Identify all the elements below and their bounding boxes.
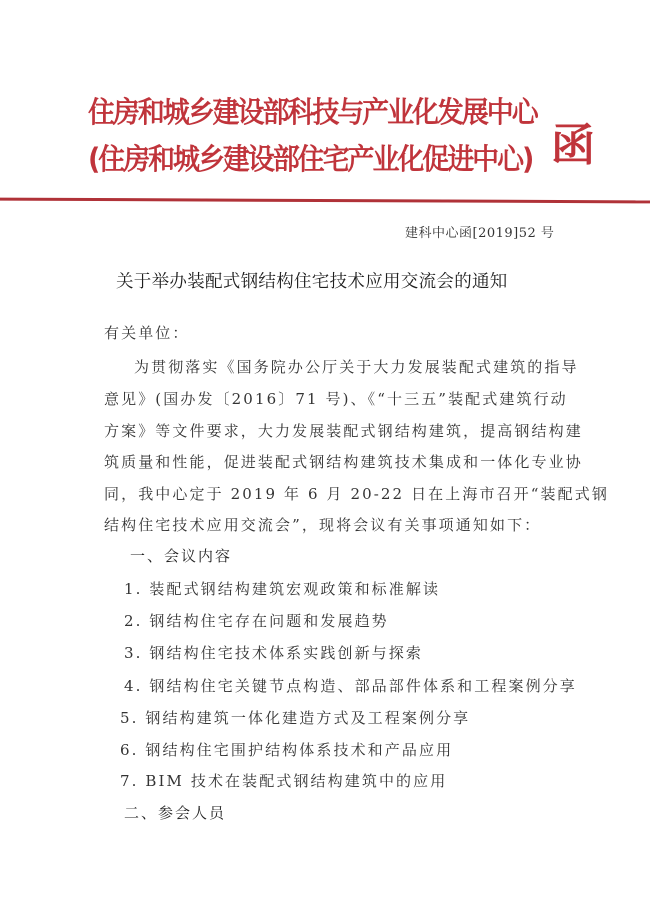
letterhead-line-1: 住房和城乡建设部科技与产业化发展中心: [88, 94, 537, 130]
document-number: 建科中心函[2019]52 号: [405, 222, 554, 241]
list-item: 5. 钢结构建筑一体化建造方式及工程案例分享: [120, 707, 470, 728]
intro-line: 结构住宅技术应用交流会”，现将会议有关事项通知如下：: [104, 514, 541, 535]
section-heading: 一、会议内容: [130, 545, 232, 566]
section-heading: 二、参会人员: [124, 802, 226, 823]
list-item: 7. BIM 技术在装配式钢结构建筑中的应用: [120, 770, 447, 791]
intro-line: 为贯彻落实《国务院办公厅关于大力发展装配式建筑的指导: [134, 356, 579, 377]
letter-type-char: 函: [551, 121, 595, 171]
list-item: 2. 钢结构住宅存在问题和发展趋势: [124, 610, 389, 631]
intro-line: 意见》(国办发〔2016〕71 号)、《“十三五”装配式建筑行动: [104, 388, 568, 409]
intro-line: 筑质量和性能，促进装配式钢结构建筑技术集成和一体化专业协: [104, 451, 583, 472]
list-item: 1. 装配式钢结构建筑宏观政策和标准解读: [124, 578, 440, 599]
document-title: 关于举办装配式钢结构住宅技术应用交流会的通知: [116, 268, 508, 293]
letterhead-line-2: (住房和城乡建设部住宅产业化促进中心): [88, 141, 532, 177]
intro-line: 同，我中心定于 2019 年 6 月 20-22 日在上海市召开“装配式钢: [104, 483, 609, 504]
letterhead-divider: [0, 198, 650, 204]
salutation: 有关单位：: [104, 322, 190, 343]
intro-line: 方案》等文件要求，大力发展装配式钢结构建筑，提高钢结构建: [104, 420, 583, 441]
list-item: 4. 钢结构住宅关键节点构造、部品部件体系和工程案例分享: [124, 675, 577, 696]
list-item: 6. 钢结构住宅围护结构体系技术和产品应用: [120, 739, 453, 760]
list-item: 3. 钢结构住宅技术体系实践创新与探索: [124, 642, 423, 663]
